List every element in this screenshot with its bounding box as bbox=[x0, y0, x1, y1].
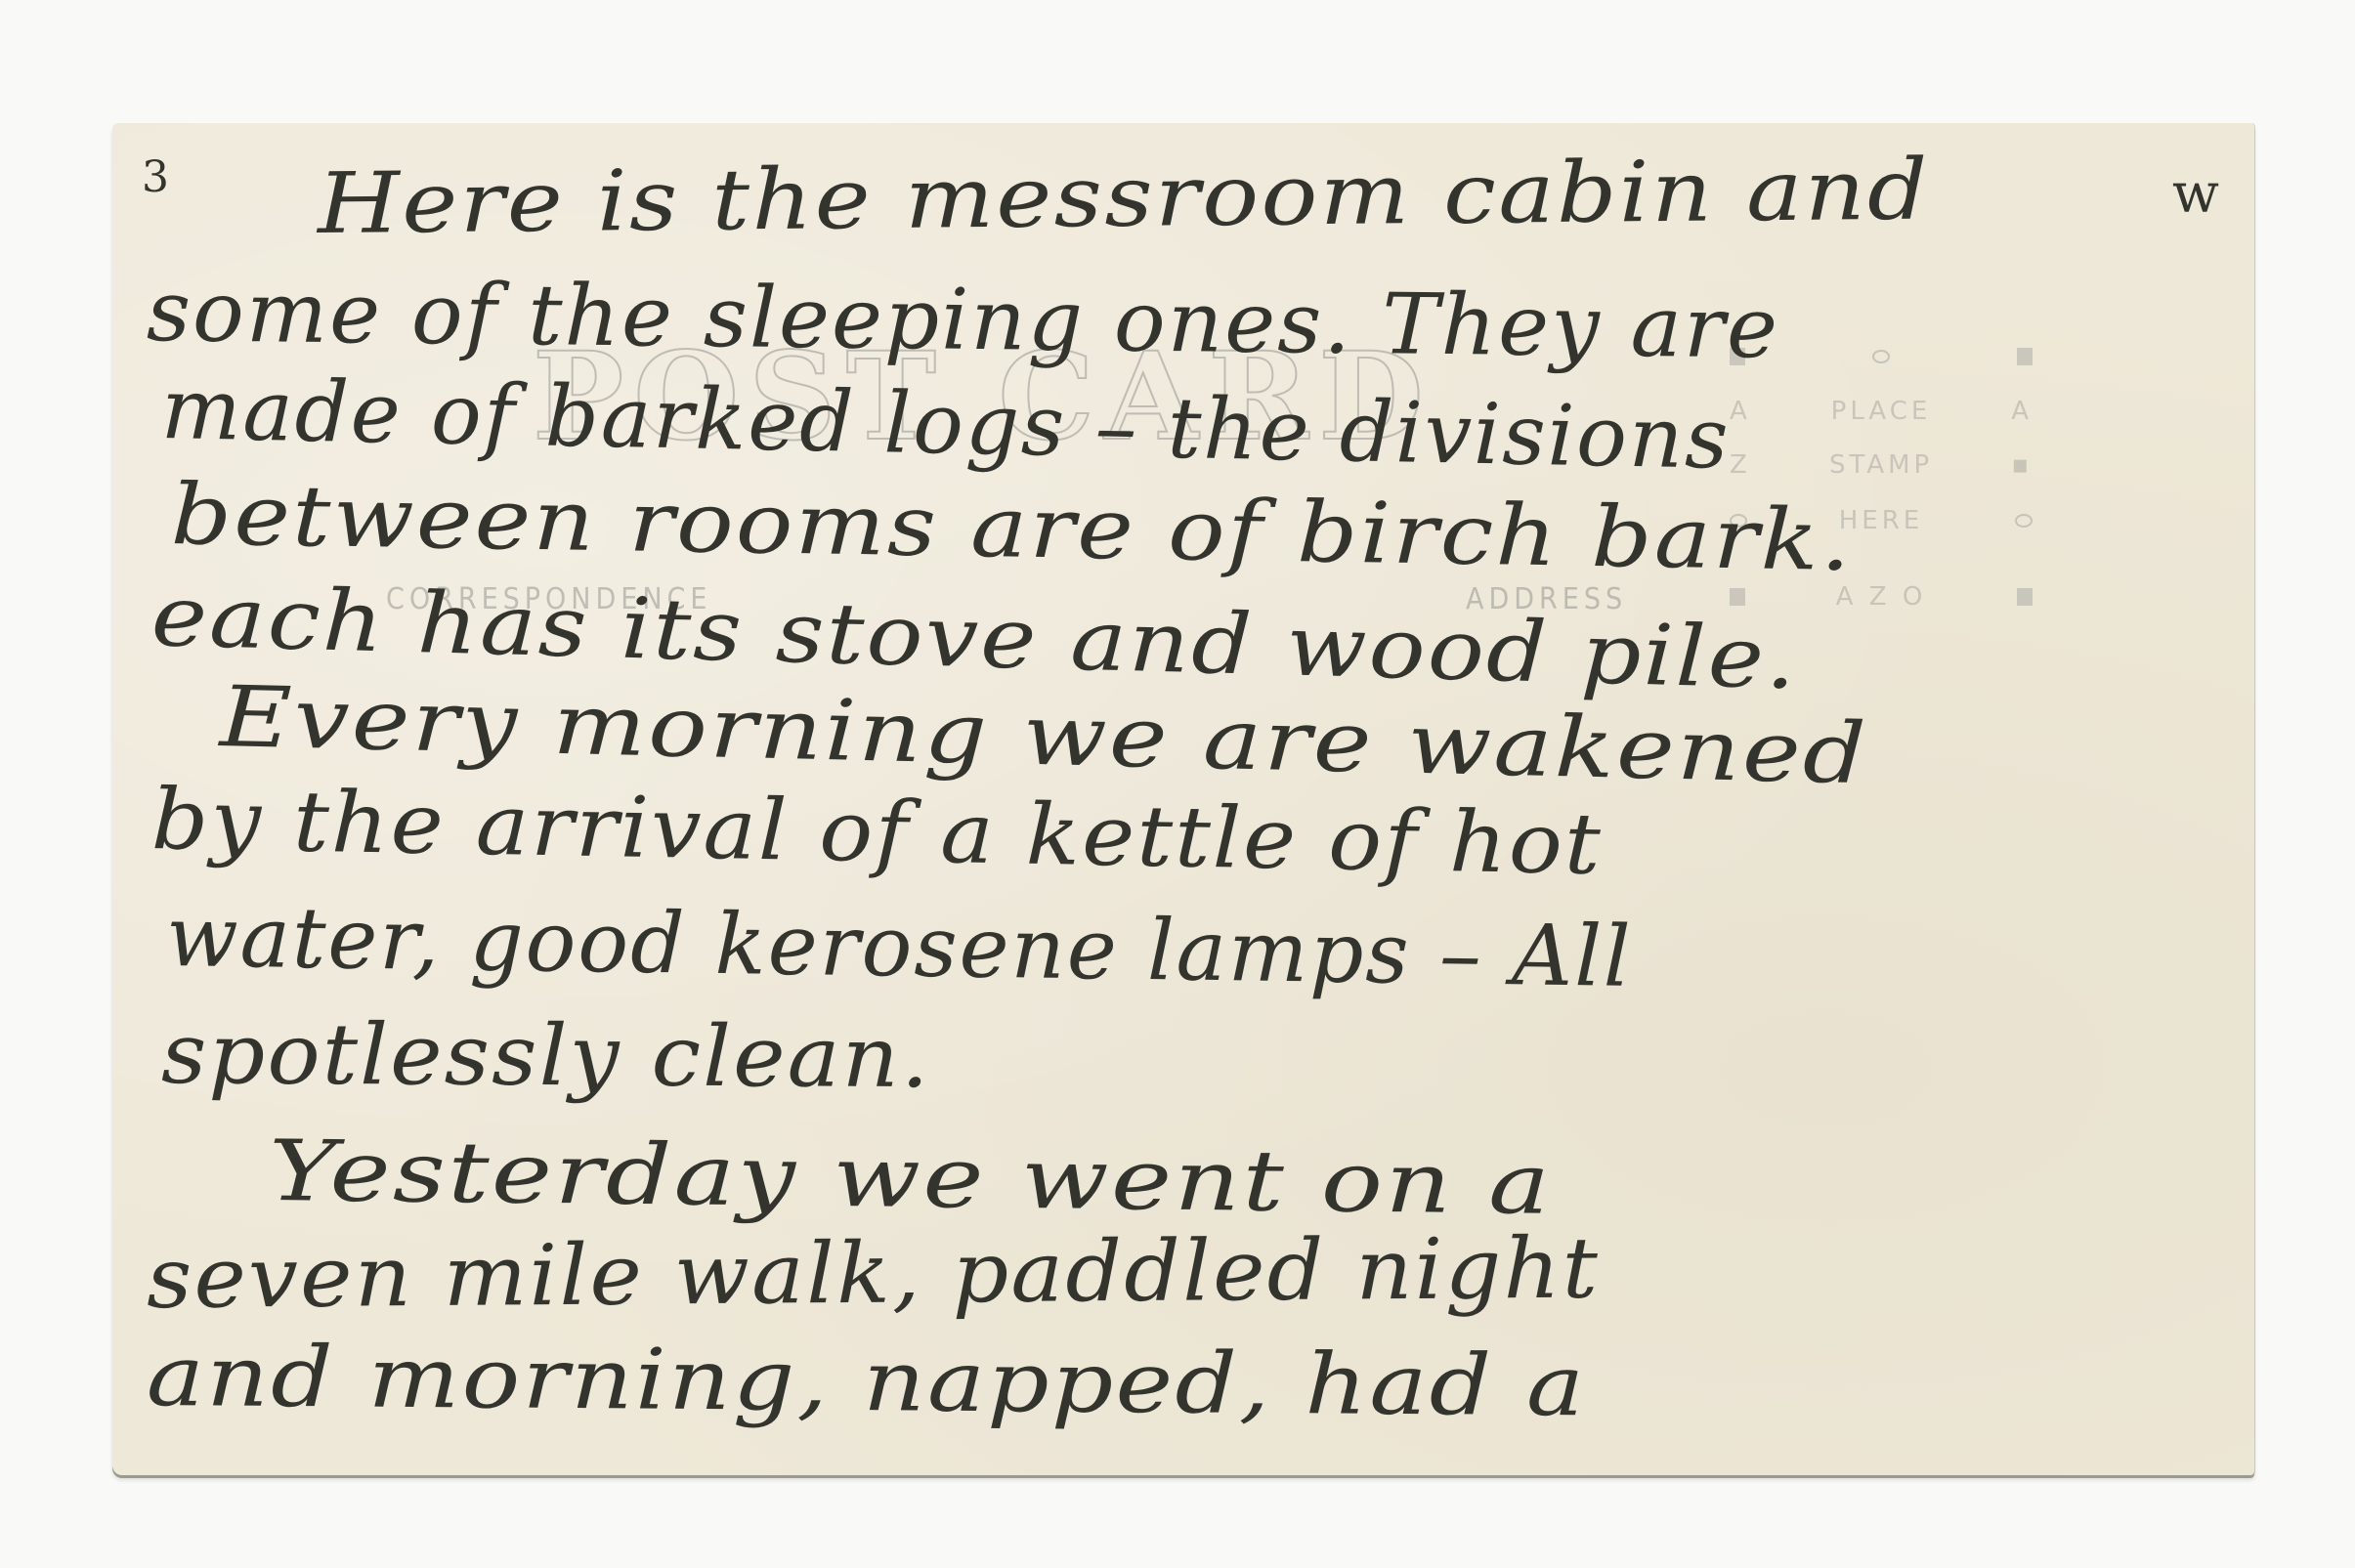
handwriting-line: seven mile walk, paddled night bbox=[147, 1227, 1601, 1321]
scan-background: POST CARD CORRESPONDENCE ADDRESS A PLACE… bbox=[0, 0, 2355, 1568]
stamp-triangle-icon: A bbox=[2011, 397, 2033, 426]
stamp-row-stamp: Z STAMP ▪ bbox=[1730, 450, 2033, 480]
handwriting-line: between rooms are of birch bark. bbox=[170, 473, 1853, 583]
stamp-row-place: A PLACE A bbox=[1730, 397, 2033, 426]
handwriting-line: water, good kerosene lamps – All bbox=[165, 895, 1633, 999]
handwriting-line: some of the sleeping ones. They are bbox=[147, 270, 1780, 370]
corner-mark: w bbox=[2172, 162, 2221, 226]
stamp-square-icon: ▪ bbox=[2011, 450, 2033, 480]
handwriting-line: Yesterday we went on a bbox=[269, 1129, 1553, 1227]
handwriting-line: by the arrival of a kettle of hot bbox=[150, 778, 1603, 887]
postcard: POST CARD CORRESPONDENCE ADDRESS A PLACE… bbox=[112, 123, 2254, 1475]
stamp-place-text: PLACE bbox=[1831, 397, 1932, 426]
stamp-circle-icon bbox=[1872, 350, 1890, 363]
handwriting-line: Here is the messroom cabin and bbox=[318, 148, 1931, 246]
stamp-z-icon: Z bbox=[1730, 450, 1751, 480]
stamp-stamp-text: STAMP bbox=[1829, 450, 1933, 480]
stamp-circle-icon bbox=[2015, 514, 2033, 528]
handwriting-line: made of barked logs – the divisions bbox=[160, 367, 1731, 482]
handwriting-line: and morning, napped, had a bbox=[147, 1335, 1587, 1428]
handwriting-line: spotlessly clean. bbox=[161, 1012, 931, 1100]
stamp-square-icon bbox=[2017, 348, 2033, 365]
stamp-square-icon bbox=[2017, 588, 2033, 606]
stamp-square-icon bbox=[1730, 588, 1745, 606]
page-number: 3 bbox=[142, 152, 171, 202]
stamp-triangle-icon: A bbox=[1730, 397, 1751, 426]
